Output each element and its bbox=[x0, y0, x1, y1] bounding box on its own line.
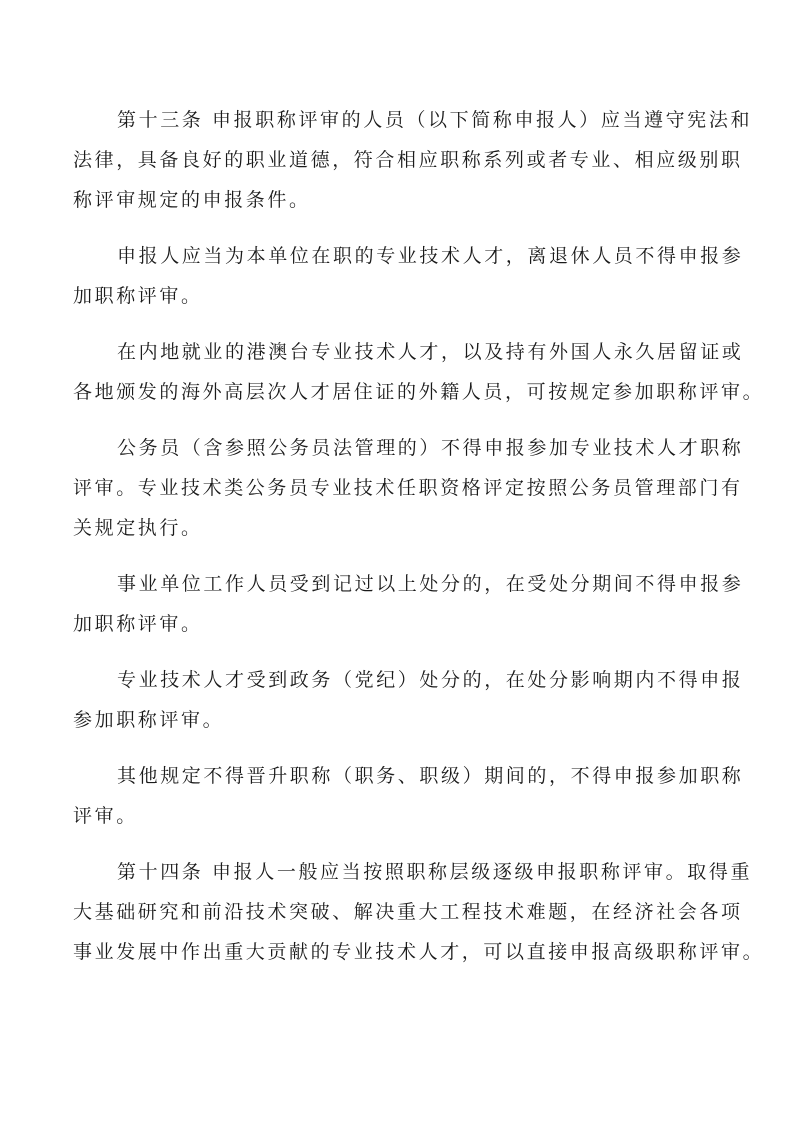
paragraph-article-13: 第十三条 申报职称评审的人员（以下简称申报人）应当遵守宪法和 法律，具备良好的职… bbox=[73, 100, 723, 220]
document-page: 第十三条 申报职称评审的人员（以下简称申报人）应当遵守宪法和 法律，具备良好的职… bbox=[0, 0, 793, 1122]
text-line: 专业技术人才受到政务（党纪）处分的，在处分影响期内不得申报 bbox=[73, 660, 723, 700]
text-line: 公务员（含参照公务员法管理的）不得申报参加专业技术人才职称 bbox=[73, 428, 723, 468]
text-line: 事业单位工作人员受到记过以上处分的，在受处分期间不得申报参 bbox=[73, 564, 723, 604]
paragraph-civil-servants: 公务员（含参照公务员法管理的）不得申报参加专业技术人才职称 评审。专业技术类公务… bbox=[73, 428, 723, 548]
paragraph-in-service: 申报人应当为本单位在职的专业技术人才，离退休人员不得申报参 加职称评审。 bbox=[73, 236, 723, 316]
text-line: 大基础研究和前沿技术突破、解决重大工程技术难题，在经济社会各项 bbox=[73, 892, 723, 932]
paragraph-other-rules: 其他规定不得晋升职称（职务、职级）期间的，不得申报参加职称 评审。 bbox=[73, 756, 723, 836]
text-line: 关规定执行。 bbox=[73, 508, 723, 548]
paragraph-hk-macao-taiwan: 在内地就业的港澳台专业技术人才，以及持有外国人永久居留证或 各地颁发的海外高层次… bbox=[73, 332, 723, 412]
text-line: 参加职称评审。 bbox=[73, 700, 723, 740]
text-line: 称评审规定的申报条件。 bbox=[73, 180, 723, 220]
text-line: 在内地就业的港澳台专业技术人才，以及持有外国人永久居留证或 bbox=[73, 332, 723, 372]
text-line: 各地颁发的海外高层次人才居住证的外籍人员，可按规定参加职称评审。 bbox=[73, 372, 723, 412]
paragraph-article-14: 第十四条 申报人一般应当按照职称层级逐级申报职称评审。取得重 大基础研究和前沿技… bbox=[73, 852, 723, 972]
text-line: 第十四条 申报人一般应当按照职称层级逐级申报职称评审。取得重 bbox=[73, 852, 723, 892]
paragraph-institution-staff: 事业单位工作人员受到记过以上处分的，在受处分期间不得申报参 加职称评审。 bbox=[73, 564, 723, 644]
text-line: 加职称评审。 bbox=[73, 276, 723, 316]
document-body: 第十三条 申报职称评审的人员（以下简称申报人）应当遵守宪法和 法律，具备良好的职… bbox=[73, 100, 723, 988]
text-line: 第十三条 申报职称评审的人员（以下简称申报人）应当遵守宪法和 bbox=[73, 100, 723, 140]
text-line: 事业发展中作出重大贡献的专业技术人才，可以直接申报高级职称评审。 bbox=[73, 932, 723, 972]
paragraph-disciplinary: 专业技术人才受到政务（党纪）处分的，在处分影响期内不得申报 参加职称评审。 bbox=[73, 660, 723, 740]
text-line: 申报人应当为本单位在职的专业技术人才，离退休人员不得申报参 bbox=[73, 236, 723, 276]
text-line: 其他规定不得晋升职称（职务、职级）期间的，不得申报参加职称 bbox=[73, 756, 723, 796]
text-line: 评审。 bbox=[73, 796, 723, 836]
text-line: 评审。专业技术类公务员专业技术任职资格评定按照公务员管理部门有 bbox=[73, 468, 723, 508]
text-line: 加职称评审。 bbox=[73, 604, 723, 644]
text-line: 法律，具备良好的职业道德，符合相应职称系列或者专业、相应级别职 bbox=[73, 140, 723, 180]
